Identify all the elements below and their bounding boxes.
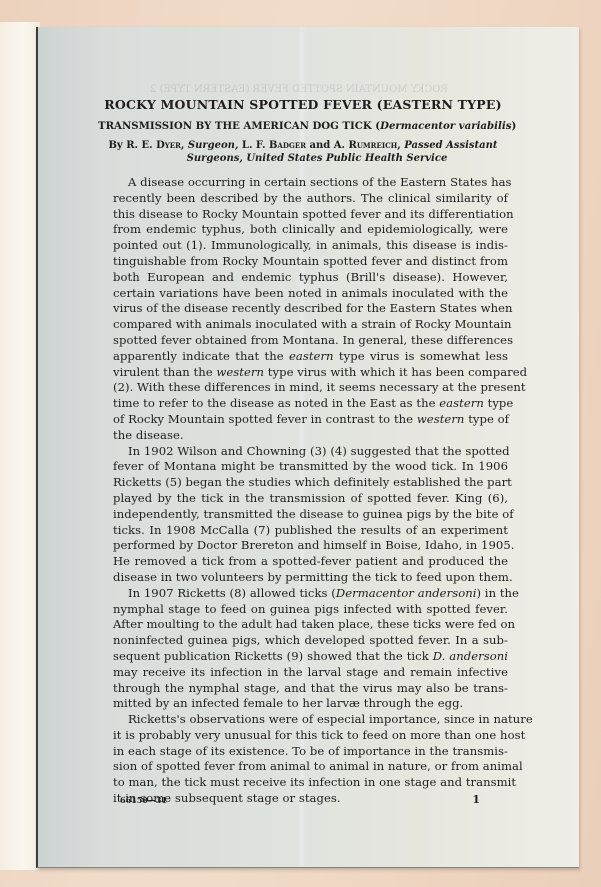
paragraph: Ricketts's observations were of especial… xyxy=(98,712,508,807)
document-subtitle: TRANSMISSION BY THE AMERICAN DOG TICK (D… xyxy=(98,119,508,133)
text-line: performed by Doctor Brereton and himself… xyxy=(98,538,508,554)
text-line: recently been described by the authors. … xyxy=(98,191,508,207)
text-line: In 1907 Ricketts (8) allowed ticks (Derm… xyxy=(98,586,508,602)
author-name: L. F. Badger xyxy=(242,140,306,151)
text-line: In 1902 Wilson and Chowning (3) (4) sugg… xyxy=(98,444,508,460)
document-title: ROCKY MOUNTAIN SPOTTED FEVER (EASTERN TY… xyxy=(98,97,508,113)
text-line: both European and endemic typhus (Brill'… xyxy=(98,270,508,286)
text-line: A disease occurring in certain sections … xyxy=(98,175,508,191)
subtitle-species: Dermacentor variabilis xyxy=(380,120,511,132)
text-line: (2). With these differences in mind, it … xyxy=(98,380,508,396)
text-line: sequent publication Ricketts (9) showed … xyxy=(98,649,508,665)
text-line: pointed out (1). Immunologically, in ani… xyxy=(98,238,508,254)
document-content: ROCKY MOUNTAIN SPOTTED FEVER (EASTERN TY… xyxy=(98,97,508,807)
text-line: played by the tick in the transmission o… xyxy=(98,491,508,507)
text-line: virus of the disease recently described … xyxy=(98,301,508,317)
print-code: 66150—31 xyxy=(120,795,167,805)
text-line: may receive its infection in the larval … xyxy=(98,665,508,681)
author-byline: By R. E. Dyer, Surgeon, L. F. Badger and… xyxy=(98,139,508,165)
paragraph: A disease occurring in certain sections … xyxy=(98,175,508,444)
page-number: 1 xyxy=(472,793,480,806)
text-line: Ricketts (5) began the studies which def… xyxy=(98,475,508,491)
text-line: through the nymphal stage, and that the … xyxy=(98,681,508,697)
page-footer: 66150—31 1 xyxy=(120,795,480,805)
byline-by: By xyxy=(108,140,122,151)
author-affiliation: Surgeons, United States Public Health Se… xyxy=(98,152,508,165)
text-line: spotted fever obtained from Montana. In … xyxy=(98,333,508,349)
subtitle-text: TRANSMISSION BY THE AMERICAN DOG TICK ( xyxy=(98,120,380,132)
text-line: fever of Montana might be transmitted by… xyxy=(98,459,508,475)
byline-and: and xyxy=(310,140,331,151)
text-line: nymphal stage to feed on guinea pigs inf… xyxy=(98,602,508,618)
author-title: Passed Assistant xyxy=(404,140,497,151)
text-line: mitted by an infected female to her larv… xyxy=(98,696,508,712)
text-line: this disease to Rocky Mountain spotted f… xyxy=(98,207,508,223)
text-line: the disease. xyxy=(98,428,508,444)
text-line: noninfected guinea pigs, which developed… xyxy=(98,633,508,649)
text-line: Ricketts's observations were of especial… xyxy=(98,712,508,728)
facing-page xyxy=(0,22,40,870)
text-line: compared with animals inoculated with a … xyxy=(98,317,508,333)
text-line: ticks. In 1908 McCalla (7) published the… xyxy=(98,523,508,539)
text-line: of Rocky Mountain spotted fever in contr… xyxy=(98,412,508,428)
text-line: it is probably very unusual for this tic… xyxy=(98,728,508,744)
bleed-through-header: ROCKY MOUNTAIN SPOTTED FEVER (EASTERN TY… xyxy=(150,84,448,95)
text-line: sion of spotted fever from animal to ani… xyxy=(98,759,508,775)
author-name: R. E. Dyer, xyxy=(126,140,184,151)
text-line: time to refer to the disease as noted in… xyxy=(98,396,508,412)
text-line: disease in two volunteers by permitting … xyxy=(98,570,508,586)
text-line: to man, the tick must receive its infect… xyxy=(98,775,508,791)
text-line: apparently indicate that the eastern typ… xyxy=(98,349,508,365)
paragraph: In 1902 Wilson and Chowning (3) (4) sugg… xyxy=(98,444,508,586)
paragraph: In 1907 Ricketts (8) allowed ticks (Derm… xyxy=(98,586,508,712)
text-line: virulent than the western type virus wit… xyxy=(98,365,508,381)
body-text: A disease occurring in certain sections … xyxy=(98,175,508,807)
text-line: from endemic typhus, both clinically and… xyxy=(98,222,508,238)
text-line: He removed a tick from a spotted-fever p… xyxy=(98,554,508,570)
text-line: independently, transmitted the disease t… xyxy=(98,507,508,523)
author-title: Surgeon, xyxy=(188,140,239,151)
text-line: tinguishable from Rocky Mountain spotted… xyxy=(98,254,508,270)
text-line: in each stage of its existence. To be of… xyxy=(98,744,508,760)
text-line: certain variations have been noted in an… xyxy=(98,286,508,302)
subtitle-close: ) xyxy=(512,120,517,132)
author-name: A. Rumreich, xyxy=(334,140,401,151)
text-line: After moulting to the adult had taken pl… xyxy=(98,617,508,633)
